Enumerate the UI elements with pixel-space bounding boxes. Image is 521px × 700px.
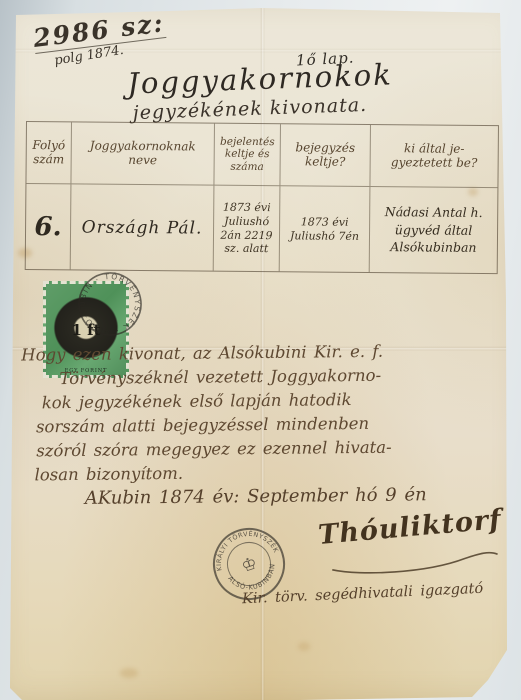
postmark-text: TÖRVÉNYSZÉK · ALSÓ-KUBIN · [72,266,148,342]
column-header-trainee-name: Joggyakornoknak neve [71,122,215,185]
foxing-spot [120,668,138,678]
document-paper: 2986 sz: polg 1874. 1ő lap. Joggyakornok… [0,0,521,700]
signature-flourish-icon [329,544,500,582]
photo-of-document: 2986 sz: polg 1874. 1ő lap. Joggyakornok… [0,0,521,700]
postmark-cancel-icon: TÖRVÉNYSZÉK · ALSÓ-KUBIN · [61,256,160,352]
column-header-registered-by: ki által je- gyeztetett be? [370,125,498,188]
svg-text:TÖRVÉNYSZÉK · ALSÓ-KUBIN ·: TÖRVÉNYSZÉK · ALSÓ-KUBIN · [72,266,148,342]
foxing-spot [298,642,310,651]
cell-entry-date: 1873 évi Juliushó 7én [280,186,371,272]
certification-paragraph: Hogy ezen kivonat, az Alsókubini Kir. e.… [21,338,505,511]
dateline: AKubin 1874 év: September hó 9 én [85,482,505,510]
column-header-report-date: bejelentés keltje és száma [214,124,281,187]
column-header-running-number: Folyó szám [26,122,72,184]
registry-number-block: 2986 sz: polg 1874. [32,8,168,69]
cell-report-date: 1873 évi Juliushó 2án 2219 sz. alatt [214,186,281,272]
signature-name: Thóuliktorf [317,504,503,551]
cell-running-number: 6. [26,184,72,269]
cell-registered-by: Nádasi Antal h. ügyvéd által Alsókubinba… [370,187,498,273]
crown-crest-icon: ♔ [239,553,260,577]
trainee-register-table: Folyó szám Joggyakornoknak neve bejelent… [25,121,499,274]
column-header-entry-date: bejegyzés keltje? [280,124,371,187]
